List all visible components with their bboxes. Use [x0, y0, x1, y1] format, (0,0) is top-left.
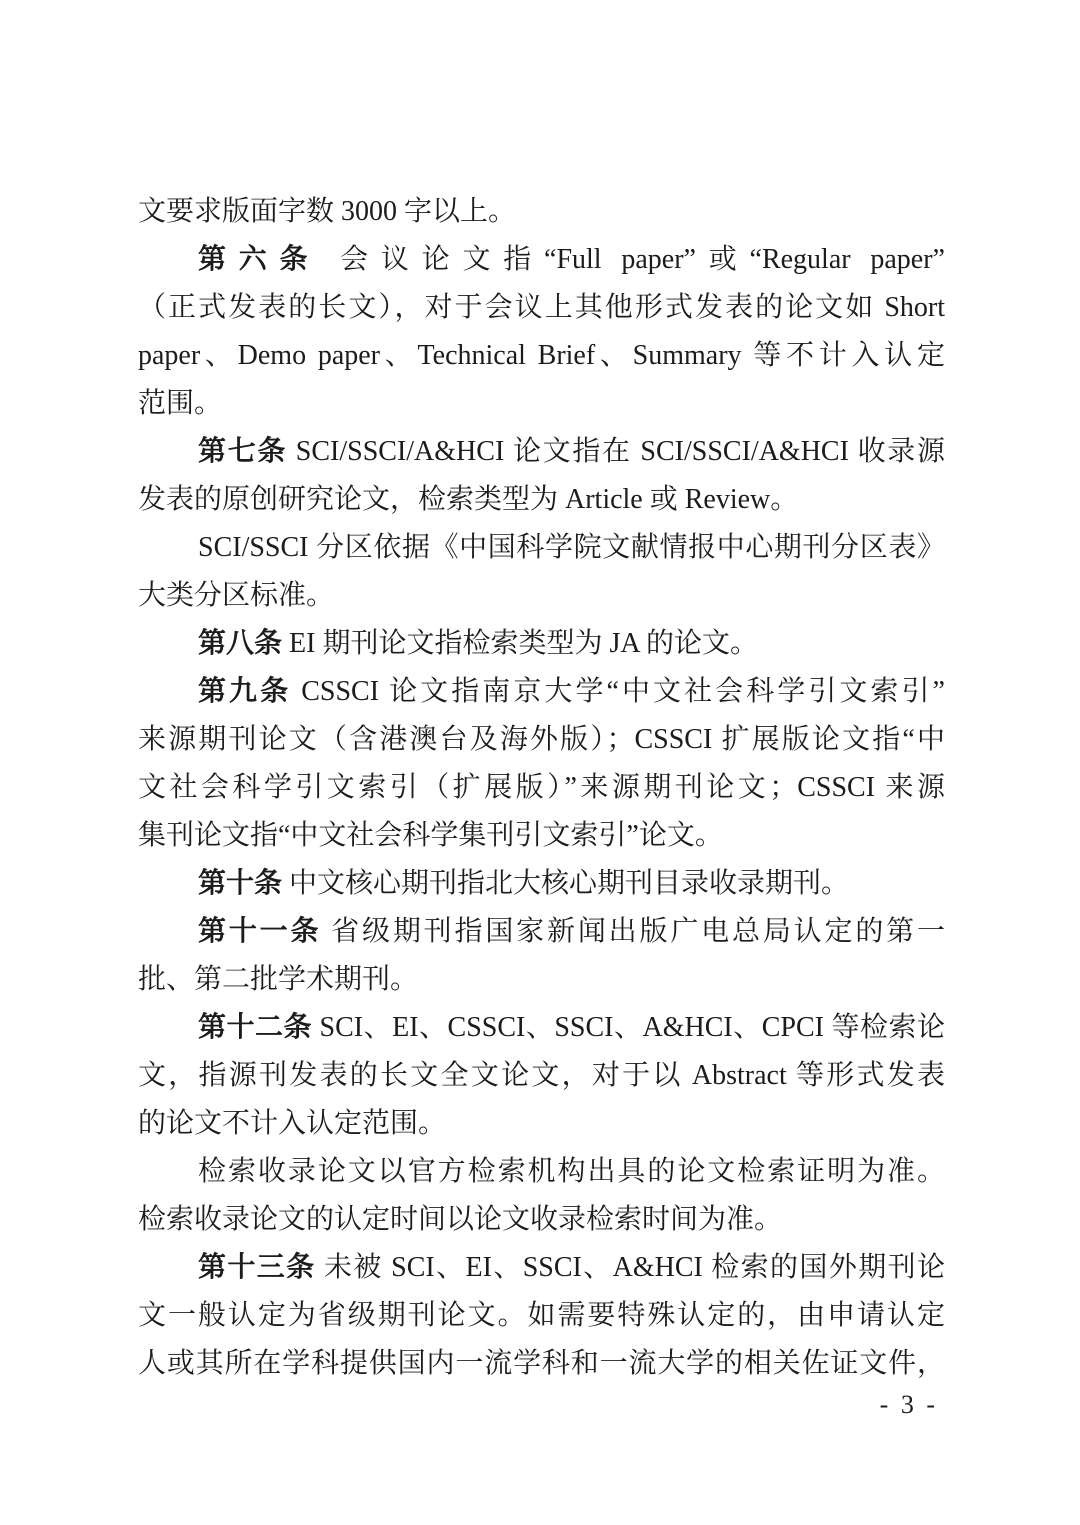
text-line: 文要求版面字数 3000 字以上。 [138, 188, 945, 236]
line-text: SCI、EI、CSSCI、SSCI、A&HCI、CPCI 等检索论 [312, 1012, 945, 1043]
text-line: 发表的原创研究论文，检索类型为 Article 或 Review。 [138, 476, 945, 524]
line-text: 文要求版面字数 3000 字以上。 [138, 196, 516, 227]
article-number-term: 第十三条 [198, 1252, 316, 1283]
line-text: 文，指源刊发表的长文全文论文，对于以 Abstract 等形式发表 [138, 1060, 945, 1091]
text-line: 第十二条 SCI、EI、CSSCI、SSCI、A&HCI、CPCI 等检索论 [138, 1004, 945, 1052]
article-number-term: 第十条 [198, 868, 282, 899]
text-line: 第十一条 省级期刊指国家新闻出版广电总局认定的第一 [138, 908, 945, 956]
text-line: 来源期刊论文（含港澳台及海外版）；CSSCI 扩展版论文指“中 [138, 716, 945, 764]
line-text: 文社会科学引文索引（扩展版）”来源期刊论文；CSSCI 来源 [138, 772, 945, 803]
text-line: 第八条 EI 期刊论文指检索类型为 JA 的论文。 [138, 620, 945, 668]
article-number-term: 第六条 [198, 244, 320, 275]
text-line: 人或其所在学科提供国内一流学科和一流大学的相关佐证文件， [138, 1340, 945, 1388]
text-line: paper、Demo paper、Technical Brief、Summary… [138, 332, 945, 380]
article-number-term: 第八条 [198, 628, 282, 659]
text-line: 第六条 会议论文指“Full paper”或“Regular paper” [138, 236, 945, 284]
line-text: EI 期刊论文指检索类型为 JA 的论文。 [282, 628, 758, 659]
text-line: 第九条 CSSCI 论文指南京大学“中文社会科学引文索引” [138, 668, 945, 716]
line-text: （正式发表的长文），对于会议上其他形式发表的论文如 Short [138, 292, 945, 323]
line-text: 范围。 [138, 388, 222, 419]
line-text: 检索收录论文的认定时间以论文收录检索时间为准。 [138, 1204, 782, 1235]
line-text: SCI/SSCI 分区依据《中国科学院文献情报中心期刊分区表》 [198, 532, 945, 563]
text-line: 集刊论文指“中文社会科学集刊引文索引”论文。 [138, 812, 945, 860]
text-line: SCI/SSCI 分区依据《中国科学院文献情报中心期刊分区表》 [138, 524, 945, 572]
line-text: 批、第二批学术期刊。 [138, 964, 418, 995]
line-text: 中文核心期刊指北大核心期刊目录收录期刊。 [282, 868, 849, 899]
article-number-term: 第十一条 [198, 916, 321, 947]
text-line: 检索收录论文以官方检索机构出具的论文检索证明为准。 [138, 1148, 945, 1196]
line-text: 的论文不计入认定范围。 [138, 1108, 446, 1139]
line-text: 大类分区标准。 [138, 580, 334, 611]
line-text: CSSCI 论文指南京大学“中文社会科学引文索引” [291, 676, 945, 707]
line-text: SCI/SSCI/A&HCI 论文指在 SCI/SSCI/A&HCI 收录源 [287, 436, 945, 467]
line-text: 未被 SCI、EI、SSCI、A&HCI 检索的国外期刊论 [316, 1252, 945, 1283]
line-text: 文一般认定为省级期刊论文。如需要特殊认定的，由申请认定 [138, 1300, 945, 1331]
text-line: 第七条 SCI/SSCI/A&HCI 论文指在 SCI/SSCI/A&HCI 收… [138, 428, 945, 476]
line-text: 省级期刊指国家新闻出版广电总局认定的第一 [321, 916, 945, 947]
text-line: 范围。 [138, 380, 945, 428]
text-line: 文一般认定为省级期刊论文。如需要特殊认定的，由申请认定 [138, 1292, 945, 1340]
line-text: 发表的原创研究论文，检索类型为 Article 或 Review。 [138, 484, 798, 515]
text-line: 大类分区标准。 [138, 572, 945, 620]
line-text: 人或其所在学科提供国内一流学科和一流大学的相关佐证文件， [138, 1348, 945, 1379]
article-number-term: 第七条 [198, 436, 287, 467]
page-number: - 3 - [880, 1390, 938, 1420]
text-line: 文社会科学引文索引（扩展版）”来源期刊论文；CSSCI 来源 [138, 764, 945, 812]
line-text: 检索收录论文以官方检索机构出具的论文检索证明为准。 [198, 1156, 945, 1187]
text-line: 的论文不计入认定范围。 [138, 1100, 945, 1148]
text-line: 批、第二批学术期刊。 [138, 956, 945, 1004]
line-text: paper、Demo paper、Technical Brief、Summary… [138, 340, 945, 371]
line-text: 来源期刊论文（含港澳台及海外版）；CSSCI 扩展版论文指“中 [138, 724, 945, 755]
text-line: 文，指源刊发表的长文全文论文，对于以 Abstract 等形式发表 [138, 1052, 945, 1100]
document-page: 文要求版面字数 3000 字以上。第六条 会议论文指“Full paper”或“… [0, 0, 1080, 1525]
text-line: 检索收录论文的认定时间以论文收录检索时间为准。 [138, 1196, 945, 1244]
article-number-term: 第九条 [198, 676, 291, 707]
text-line: 第十三条 未被 SCI、EI、SSCI、A&HCI 检索的国外期刊论 [138, 1244, 945, 1292]
line-text: 集刊论文指“中文社会科学集刊引文索引”论文。 [138, 820, 723, 851]
text-line: 第十条 中文核心期刊指北大核心期刊目录收录期刊。 [138, 860, 945, 908]
document-body: 文要求版面字数 3000 字以上。第六条 会议论文指“Full paper”或“… [138, 188, 945, 1388]
line-text: 会议论文指“Full paper”或“Regular paper” [320, 244, 945, 275]
text-line: （正式发表的长文），对于会议上其他形式发表的论文如 Short [138, 284, 945, 332]
article-number-term: 第十二条 [198, 1012, 312, 1043]
